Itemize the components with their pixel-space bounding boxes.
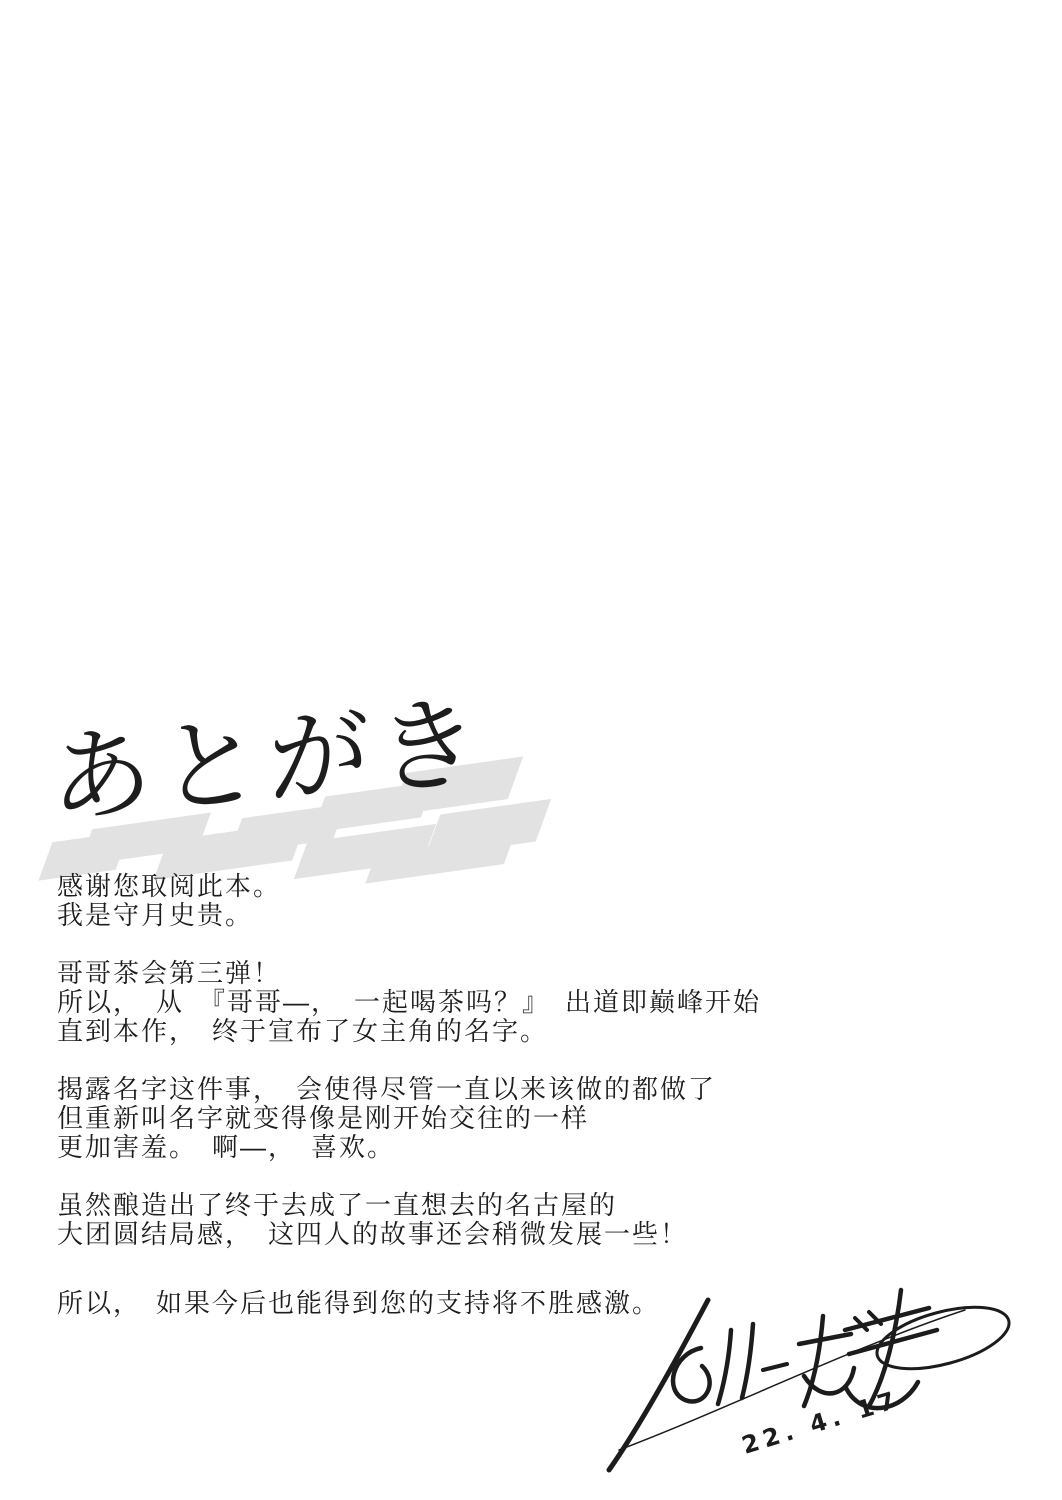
title-block: あとがき <box>40 712 580 892</box>
signature-stroke <box>718 1330 731 1404</box>
afterword-line: 但重新叫名字就变得像是刚开始交往的一样 <box>57 1104 997 1133</box>
signature-stroke <box>742 1324 753 1398</box>
afterword-page: あとがき 感谢您取阅此本。 我是守月史贵。 哥哥茶会第三弹！ 所以， 从 『哥哥… <box>0 0 1062 1500</box>
paragraph-thanks: 感谢您取阅此本。 我是守月史贵。 <box>57 872 997 930</box>
paragraph-name-reveal: 揭露名字这件事， 会使得尽管一直以来该做的都做了 但重新叫名字就变得像是刚开始交… <box>57 1075 997 1162</box>
signature-block: 22. 4. 17 <box>605 1278 1055 1496</box>
afterword-text: 感谢您取阅此本。 我是守月史贵。 哥哥茶会第三弹！ 所以， 从 『哥哥—， 一起… <box>57 872 997 1347</box>
afterword-line: 大团圆结局感， 这四人的故事还会稍微发展一些！ <box>57 1220 997 1249</box>
afterword-line: 我是守月史贵。 <box>57 901 997 930</box>
afterword-line: 感谢您取阅此本。 <box>57 872 997 901</box>
afterword-line: 哥哥茶会第三弹！ <box>57 959 997 988</box>
author-signature-drawing: 22. 4. 17 <box>605 1278 1055 1496</box>
afterword-line: 直到本作， 终于宣布了女主角的名字。 <box>57 1017 997 1046</box>
afterword-line: 揭露名字这件事， 会使得尽管一直以来该做的都做了 <box>57 1075 997 1104</box>
signature-stroke <box>609 1300 708 1470</box>
signature-date: 22. 4. 17 <box>739 1385 903 1460</box>
paragraph-ending: 虽然酿造出了终于去成了一直想去的名古屋的 大团圆结局感， 这四人的故事还会稍微发… <box>57 1191 997 1249</box>
paragraph-series: 哥哥茶会第三弹！ 所以， 从 『哥哥—， 一起喝茶吗？』 出道即巅峰开始 直到本… <box>57 959 997 1046</box>
afterword-line: 所以， 从 『哥哥—， 一起喝茶吗？』 出道即巅峰开始 <box>57 988 997 1017</box>
afterword-line: 更加害羞。 啊—， 喜欢。 <box>57 1133 997 1162</box>
afterword-line: 虽然酿造出了终于去成了一直想去的名古屋的 <box>57 1191 997 1220</box>
signature-stroke <box>763 1364 787 1370</box>
page-title: あとがき <box>50 679 487 845</box>
signature-stroke <box>799 1334 851 1344</box>
